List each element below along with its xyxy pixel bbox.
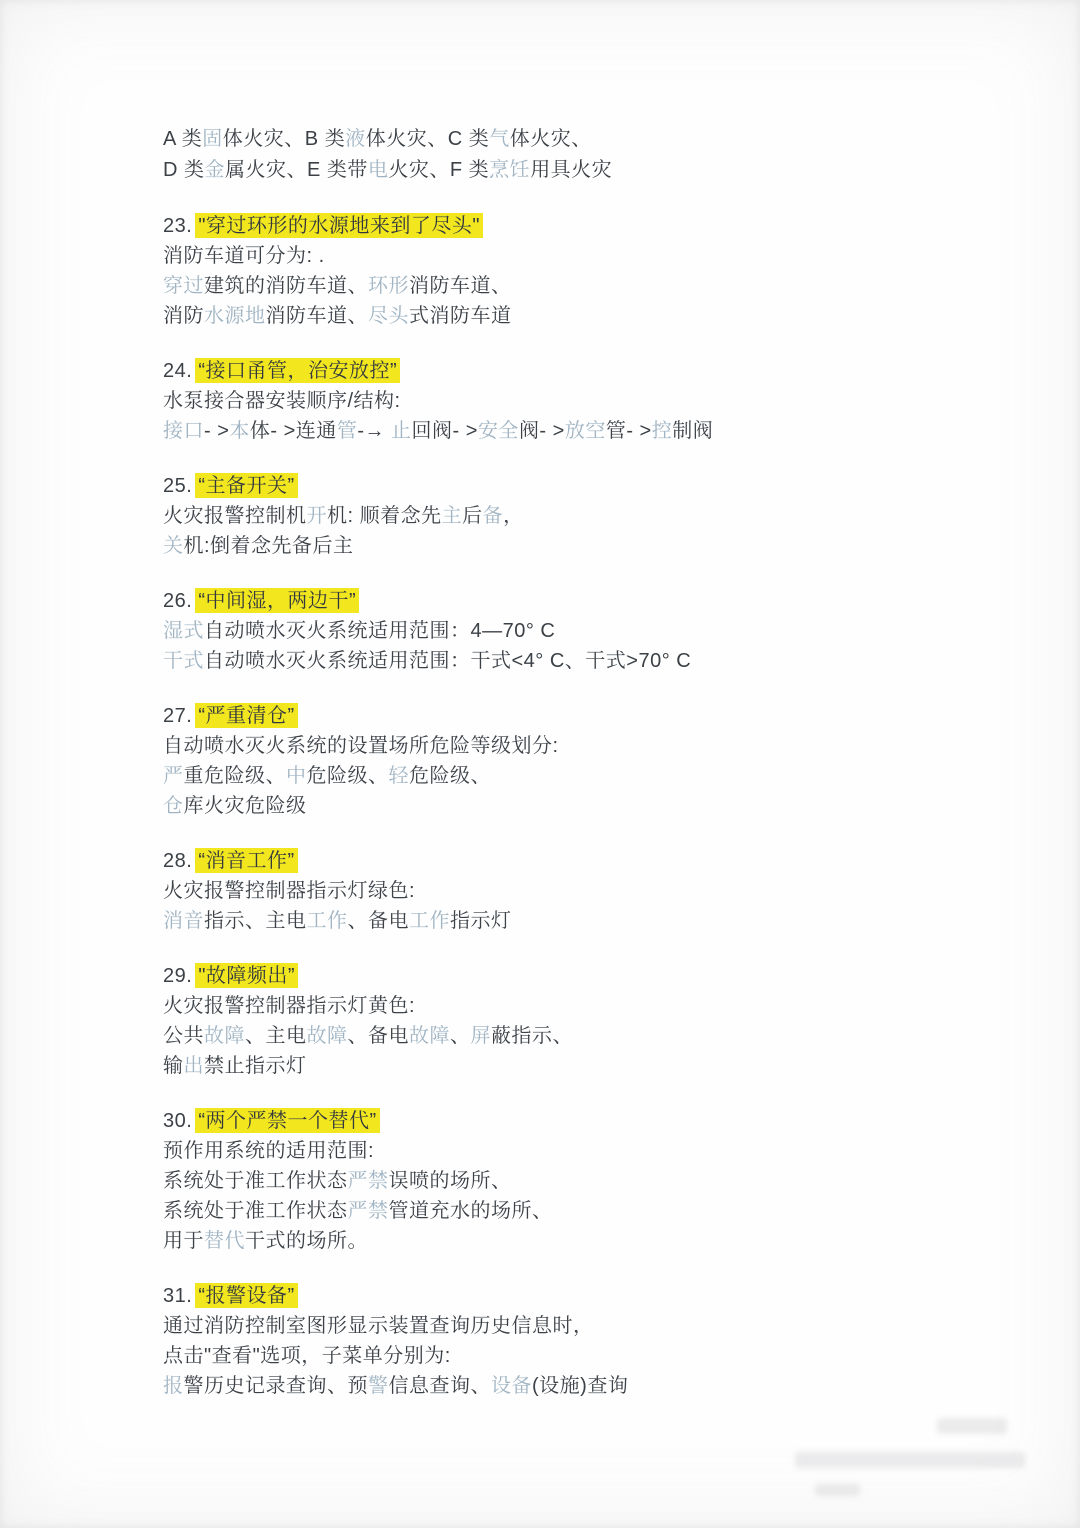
text-segment: 用具火灾	[530, 159, 612, 181]
text-segment: 重危险级、	[184, 765, 287, 787]
item-heading: 25.“主备开关”	[163, 471, 963, 501]
text-segment: 、备电	[348, 1025, 410, 1047]
text-segment: 库火灾危险级	[184, 795, 307, 817]
item-number: 26.	[163, 590, 192, 612]
keyword-char: 本	[229, 420, 250, 442]
text-segment: 自动喷水灭火系统适用范围：4—70° C	[204, 620, 555, 642]
keyword-char: 接口	[163, 420, 204, 442]
text-segment: 指示、主电	[204, 910, 307, 932]
keyword-char: 放空	[565, 420, 606, 442]
keyword-char: 屏	[471, 1025, 492, 1047]
document-page: A 类固体火灾、B 类液体火灾、C 类气体火灾、D 类金属火灾、E 类带电火灾、…	[0, 0, 1080, 1528]
note-item-23: 23."穿过环形的水源地来到了尽头"消防车道可分为: .穿过建筑的消防车道、环形…	[163, 211, 963, 331]
text-segment: A 类	[163, 128, 202, 150]
keyword-char: 开	[307, 505, 328, 527]
notes-content: A 类固体火灾、B 类液体火灾、C 类气体火灾、D 类金属火灾、E 类带电火灾、…	[163, 124, 963, 1401]
text-segment: 、主电	[245, 1025, 307, 1047]
text-segment: 式消防车道	[409, 305, 512, 327]
text-segment: 管- >	[606, 420, 652, 442]
text-segment: 管道充水的场所、	[389, 1200, 553, 1222]
keyword-char: 中	[286, 765, 307, 787]
item-body-line: 报警历史记录查询、预警信息查询、设备(设施)查询	[163, 1371, 963, 1401]
text-segment: 点击"查看"选项，子菜单分别为:	[163, 1345, 451, 1367]
text-segment: 通过消防控制室图形显示装置查询历史信息时，	[163, 1315, 594, 1337]
item-number: 23.	[163, 215, 192, 237]
watermark-blob	[815, 1484, 860, 1496]
text-segment: 系统处于准工作状态	[163, 1170, 348, 1192]
text-segment: 误喷的场所、	[389, 1170, 512, 1192]
text-segment: D 类	[163, 159, 205, 181]
item-body-line: 通过消防控制室图形显示装置查询历史信息时，	[163, 1311, 963, 1341]
keyword-char: 警	[368, 1375, 389, 1397]
keyword-char: 严禁	[348, 1200, 389, 1222]
item-body-line: 干式自动喷水灭火系统适用范围：干式<4° C、干式>70° C	[163, 646, 963, 676]
text-segment: 公共	[163, 1025, 204, 1047]
keyword-char: 控	[652, 420, 673, 442]
keyword-char: 严禁	[348, 1170, 389, 1192]
item-body-line: 系统处于准工作状态严禁误喷的场所、	[163, 1166, 963, 1196]
item-body-line: 用于替代干式的场所。	[163, 1226, 963, 1256]
keyword-char: 工作	[409, 910, 450, 932]
text-segment: ，	[503, 505, 524, 527]
item-body-line: 自动喷水灭火系统的设置场所危险等级划分:	[163, 731, 963, 761]
text-segment: 自动喷水灭火系统适用范围：干式<4° C、干式>70° C	[204, 650, 691, 672]
keyword-char: 安全	[478, 420, 519, 442]
text-segment: 危险级、	[307, 765, 389, 787]
item-body-line: 公共故障、主电故障、备电故障、屏蔽指示、	[163, 1021, 963, 1051]
keyword-char: 报	[163, 1375, 184, 1397]
item-body-line: 严重危险级、中危险级、轻危险级、	[163, 761, 963, 791]
text-segment: -→	[357, 420, 391, 442]
text-segment: 火灾报警控制机	[163, 505, 307, 527]
keyword-char: 严	[163, 765, 184, 787]
item-body-line: 穿过建筑的消防车道、环形消防车道、	[163, 271, 963, 301]
item-number: 25.	[163, 475, 192, 497]
text-segment: 火灾、F 类	[388, 159, 489, 181]
text-segment: 机:倒着念先备后主	[184, 535, 354, 557]
text-segment: 指示灯	[450, 910, 512, 932]
text-segment: 制阀	[672, 420, 713, 442]
text-segment: 阀- >	[519, 420, 565, 442]
watermark	[765, 1418, 1025, 1508]
keyword-char: 仓	[163, 795, 184, 817]
keyword-char: 工作	[307, 910, 348, 932]
item-body-line: 系统处于准工作状态严禁管道充水的场所、	[163, 1196, 963, 1226]
intro-line: A 类固体火灾、B 类液体火灾、C 类气体火灾、	[163, 124, 963, 155]
note-item-31: 31.“报警设备”通过消防控制室图形显示装置查询历史信息时，点击"查看"选项，子…	[163, 1281, 963, 1401]
item-body-line: 消防水源地消防车道、尽头式消防车道	[163, 301, 963, 331]
intro-line: D 类金属火灾、E 类带电火灾、F 类烹饪用具火灾	[163, 155, 963, 186]
keyword-char: 气	[489, 128, 510, 150]
keyword-char: 电	[368, 159, 389, 181]
text-segment: 消防车道、	[409, 275, 512, 297]
text-segment: 系统处于准工作状态	[163, 1200, 348, 1222]
item-title-highlighted: "穿过环形的水源地来到了尽头"	[195, 213, 483, 238]
keyword-char: 止	[391, 420, 412, 442]
item-heading: 28.“消音工作”	[163, 846, 963, 876]
text-segment: 建筑的消防车道、	[204, 275, 368, 297]
text-segment: 消防车道、	[266, 305, 369, 327]
text-segment: 机: 顺着念先	[327, 505, 442, 527]
keyword-char: 故障	[409, 1025, 450, 1047]
item-body-line: 水泵接合器安装顺序/结构:	[163, 386, 963, 416]
keyword-char: 环形	[368, 275, 409, 297]
text-segment: 体火灾、	[510, 128, 592, 150]
keyword-char: 主	[442, 505, 463, 527]
keyword-char: 固	[202, 128, 223, 150]
text-segment: 、	[450, 1025, 471, 1047]
item-number: 27.	[163, 705, 192, 727]
text-segment: 危险级、	[409, 765, 491, 787]
item-body-line: 接口- >本体- >连通管-→ 止回阀- >安全阀- >放空管- >控制阀	[163, 416, 963, 446]
watermark-blob	[795, 1452, 1025, 1468]
keyword-char: 干式	[163, 650, 204, 672]
item-number: 30.	[163, 1110, 192, 1132]
watermark-blob	[937, 1418, 1007, 1434]
keyword-char: 消音	[163, 910, 204, 932]
item-title-highlighted: “报警设备”	[195, 1283, 297, 1308]
note-item-27: 27.“严重清仓”自动喷水灭火系统的设置场所危险等级划分:严重危险级、中危险级、…	[163, 701, 963, 821]
keyword-char: 穿过	[163, 275, 204, 297]
text-segment: 警历史记录查询、预	[184, 1375, 369, 1397]
item-body-line: 仓库火灾危险级	[163, 791, 963, 821]
text-segment: 回阀- >	[412, 420, 478, 442]
fire-class-intro: A 类固体火灾、B 类液体火灾、C 类气体火灾、D 类金属火灾、E 类带电火灾、…	[163, 124, 963, 186]
item-body-line: 消防车道可分为: .	[163, 241, 963, 271]
item-body-line: 火灾报警控制器指示灯绿色:	[163, 876, 963, 906]
keyword-char: 轻	[389, 765, 410, 787]
keyword-char: 替代	[204, 1230, 245, 1252]
text-segment: 输	[163, 1055, 184, 1077]
keyword-char: 烹饪	[489, 159, 530, 181]
keyword-char: 备	[483, 505, 504, 527]
note-item-29: 29."故障频出”火灾报警控制器指示灯黄色:公共故障、主电故障、备电故障、屏蔽指…	[163, 961, 963, 1081]
item-title-highlighted: “两个严禁一个替代”	[195, 1108, 379, 1133]
keyword-char: 故障	[204, 1025, 245, 1047]
note-item-26: 26.“中间湿，两边干”湿式自动喷水灭火系统适用范围：4—70° C干式自动喷水…	[163, 586, 963, 676]
item-number: 31.	[163, 1285, 192, 1307]
item-heading: 30.“两个严禁一个替代”	[163, 1106, 963, 1136]
text-segment: 体- >连通	[250, 420, 337, 442]
note-item-25: 25.“主备开关”火灾报警控制机开机: 顺着念先主后备，关机:倒着念先备后主	[163, 471, 963, 561]
item-title-highlighted: “消音工作”	[195, 848, 297, 873]
note-item-24: 24.“接口甬管，治安放控”水泵接合器安装顺序/结构:接口- >本体- >连通管…	[163, 356, 963, 446]
keyword-char: 液	[345, 128, 366, 150]
keyword-char: 故障	[307, 1025, 348, 1047]
item-body-line: 输出禁止指示灯	[163, 1051, 963, 1081]
text-segment: 、备电	[348, 910, 410, 932]
text-segment: (设施)查询	[532, 1375, 628, 1397]
text-segment: 属火灾、E 类带	[225, 159, 368, 181]
keyword-char: 湿式	[163, 620, 204, 642]
item-heading: 31.“报警设备”	[163, 1281, 963, 1311]
keyword-char: 关	[163, 535, 184, 557]
item-body-line: 火灾报警控制机开机: 顺着念先主后备，	[163, 501, 963, 531]
item-body-line: 湿式自动喷水灭火系统适用范围：4—70° C	[163, 616, 963, 646]
text-segment: 蔽指示、	[491, 1025, 573, 1047]
item-title-highlighted: “主备开关”	[195, 473, 297, 498]
item-heading: 26.“中间湿，两边干”	[163, 586, 963, 616]
text-segment: 用于	[163, 1230, 204, 1252]
note-item-30: 30.“两个严禁一个替代”预作用系统的适用范围:系统处于准工作状态严禁误喷的场所…	[163, 1106, 963, 1256]
keyword-char: 金	[205, 159, 226, 181]
item-number: 24.	[163, 360, 192, 382]
item-heading: 27.“严重清仓”	[163, 701, 963, 731]
item-body-line: 火灾报警控制器指示灯黄色:	[163, 991, 963, 1021]
text-segment: - >	[204, 420, 229, 442]
text-segment: 信息查询、	[389, 1375, 492, 1397]
text-segment: 水泵接合器安装顺序/结构:	[163, 390, 401, 412]
text-segment: 禁止指示灯	[204, 1055, 307, 1077]
item-heading: 29."故障频出”	[163, 961, 963, 991]
text-segment: 自动喷水灭火系统的设置场所危险等级划分:	[163, 735, 559, 757]
keyword-char: 出	[184, 1055, 205, 1077]
item-heading: 24.“接口甬管，治安放控”	[163, 356, 963, 386]
item-heading: 23."穿过环形的水源地来到了尽头"	[163, 211, 963, 241]
item-body-line: 关机:倒着念先备后主	[163, 531, 963, 561]
text-segment: 消防	[163, 305, 204, 327]
keyword-char: 水源地	[204, 305, 266, 327]
item-title-highlighted: “中间湿，两边干”	[195, 588, 359, 613]
text-segment: 后	[462, 505, 483, 527]
keyword-char: 设备	[491, 1375, 532, 1397]
text-segment: 火灾报警控制器指示灯绿色:	[163, 880, 415, 902]
item-body-line: 消音指示、主电工作、备电工作指示灯	[163, 906, 963, 936]
item-title-highlighted: “严重清仓”	[195, 703, 297, 728]
item-body-line: 预作用系统的适用范围:	[163, 1136, 963, 1166]
keyword-char: 管	[337, 420, 358, 442]
keyword-char: 尽头	[368, 305, 409, 327]
text-segment: 预作用系统的适用范围:	[163, 1140, 374, 1162]
item-body-line: 点击"查看"选项，子菜单分别为:	[163, 1341, 963, 1371]
text-segment: 干式的场所。	[245, 1230, 368, 1252]
text-segment: 体火灾、B 类	[223, 128, 345, 150]
text-segment: 体火灾、C 类	[366, 128, 490, 150]
note-item-28: 28.“消音工作”火灾报警控制器指示灯绿色:消音指示、主电工作、备电工作指示灯	[163, 846, 963, 936]
item-number: 29.	[163, 965, 192, 987]
item-number: 28.	[163, 850, 192, 872]
item-title-highlighted: "故障频出”	[195, 963, 298, 988]
text-segment: 火灾报警控制器指示灯黄色:	[163, 995, 415, 1017]
text-segment: 消防车道可分为: .	[163, 245, 325, 267]
item-title-highlighted: “接口甬管，治安放控”	[195, 358, 400, 383]
